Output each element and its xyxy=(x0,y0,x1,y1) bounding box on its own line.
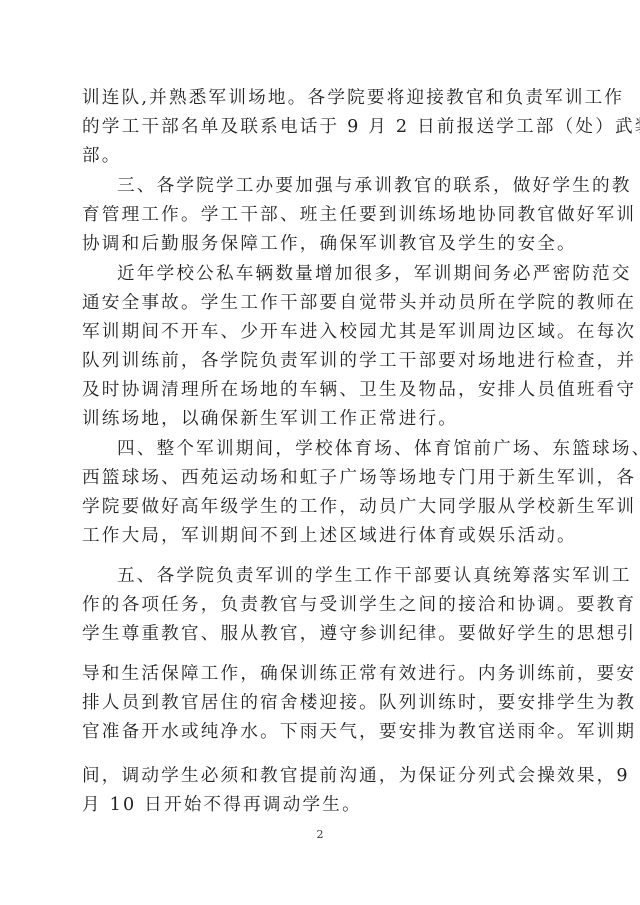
document-page: 训连队,并熟悉军训场地。各学院要将迎接教官和负责军训工作的学工干部名单及联系电话… xyxy=(0,0,640,905)
page-number: 2 xyxy=(0,828,640,841)
text-line: 工作大局，军训期间不到上述区域进行体育或娱乐活动。 xyxy=(82,522,558,551)
text-line: 训练场地，以确保新生军训工作正常进行。 xyxy=(82,405,558,434)
text-line: 近年学校公私车辆数量增加很多，军训期间务必严密防范交 xyxy=(117,260,558,289)
text-line: 学生尊重教官、服从教官，遵守参训纪律。要做好学生的思想引 xyxy=(82,620,558,649)
text-line: 训连队,并熟悉军训场地。各学院要将迎接教官和负责军训工作 xyxy=(82,84,558,113)
text-line: 军训期间不开车、少开车进入校园尤其是军训周边区域。在每次 xyxy=(82,318,558,347)
text-line: 月 10 日开始不得再调动学生。 xyxy=(82,791,558,820)
text-line: 官准备开水或纯净水。下雨天气，要安排为教官送雨伞。军训期 xyxy=(82,718,558,747)
text-line: 三、各学院学工办要加强与承训教官的联系，做好学生的教 xyxy=(117,172,558,201)
text-line: 四、整个军训期间，学校体育场、体育馆前广场、东篮球场、 xyxy=(117,435,558,464)
text-line: 及时协调清理所在场地的车辆、卫生及物品，安排人员值班看守 xyxy=(82,376,558,405)
text-line: 导和生活保障工作，确保训练正常有效进行。内务训练前，要安 xyxy=(82,660,558,689)
text-line: 西篮球场、西苑运动场和虹子广场等场地专门用于新生军训，各 xyxy=(82,464,558,493)
text-line: 间，调动学生必须和教官提前沟通，为保证分列式会操效果，9 xyxy=(82,762,558,791)
text-line: 排人员到教官居住的宿舍楼迎接。队列训练时，要安排学生为教 xyxy=(82,689,558,718)
text-line: 作的各项任务，负责教官与受训学生之间的接洽和协调。要教育 xyxy=(82,591,558,620)
text-line: 五、各学院负责军训的学生工作干部要认真统筹落实军训工 xyxy=(117,562,558,591)
text-line: 育管理工作。学工干部、班主任要到训练场地协同教官做好军训 xyxy=(82,201,558,230)
text-line: 学院要做好高年级学生的工作，动员广大同学服从学校新生军训 xyxy=(82,493,558,522)
text-line: 协调和后勤服务保障工作，确保军训教官及学生的安全。 xyxy=(82,230,558,259)
text-line: 部。 xyxy=(82,142,558,171)
text-line: 的学工干部名单及联系电话于 9 月 2 日前报送学工部（处）武装 xyxy=(82,113,558,142)
text-line: 通安全事故。学生工作干部要自觉带头并动员所在学院的教师在 xyxy=(82,289,558,318)
text-line: 队列训练前，各学院负责军训的学工干部要对场地进行检查，并 xyxy=(82,347,558,376)
